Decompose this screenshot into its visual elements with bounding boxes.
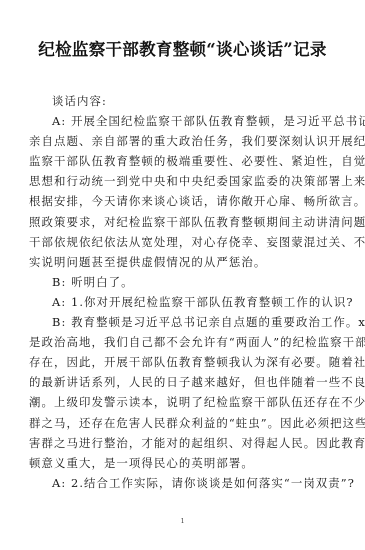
document-title: 纪检监察干部教育整顿“谈心谈话”记录	[0, 36, 365, 60]
text-line: 根据安排，今天请你来谈心谈话，请你敞开心扉、畅所欲言。按	[29, 191, 336, 211]
text-line: 监察干部队伍教育整顿的极端重要性、必要性、紧迫性，自觉把	[29, 151, 336, 171]
text-line: A: 1.你对开展纪检监察干部队伍教育整顿工作的认识?	[29, 292, 336, 312]
text-line: 是政治高地，我们自己都不会允许有“两面人”的纪检监察干部	[29, 332, 336, 352]
text-line: 谈话内容:	[29, 91, 336, 111]
text-line: 干部依规依纪依法从宽处理，对心存侥幸、妄图蒙混过关、不如	[29, 232, 336, 252]
text-line: A: 2.结合工作实际，请你谈谈是如何落实“一岗双责”?	[29, 473, 336, 493]
text-line: 亲自点题、亲自部署的重大政治任务，我们要深刻认识开展纪检	[29, 131, 336, 151]
text-line: B: 听明白了。	[29, 272, 336, 292]
document-body: 谈话内容: A: 开展全国纪检监察干部队伍教育整顿，是习近平总书记 亲自点题、亲…	[29, 91, 336, 493]
page-number: 1	[0, 518, 365, 525]
text-line: 存在，因此，开展干部队伍教育整顿我认为深有必要。随着社会	[29, 352, 336, 372]
text-line: 害群之马进行整治，才能对的起组织、对得起人民。因此教育整	[29, 433, 336, 453]
text-line: 实说明问题甚至提供虚假情况的从严惩治。	[29, 252, 336, 272]
text-line: B: 教育整顿是习近平总书记亲自点题的重要政治工作。xx	[29, 312, 336, 332]
text-line: A: 开展全国纪检监察干部队伍教育整顿，是习近平总书记	[29, 111, 336, 131]
text-line: 思想和行动统一到党中央和中央纪委国家监委的决策部署上来。	[29, 171, 336, 191]
text-line: 顿意义重大，是一项得民心的英明部署。	[29, 453, 336, 473]
text-line: 的最新讲话系列，人民的日子越来越好，但也伴随着一些不良思	[29, 372, 336, 392]
text-line: 群之马，还存在危害人民群众利益的“蛀虫”。因此必须把这些	[29, 413, 336, 433]
text-line: 潮。上级印发警示读本，说明了纪检监察干部队伍还存在不少害	[29, 392, 336, 412]
document-page: 纪检监察干部教育整顿“谈心谈话”记录 谈话内容: A: 开展全国纪检监察干部队伍…	[0, 0, 365, 550]
text-line: 照政策要求，对纪检监察干部队伍教育整顿期间主动讲清问题的	[29, 212, 336, 232]
